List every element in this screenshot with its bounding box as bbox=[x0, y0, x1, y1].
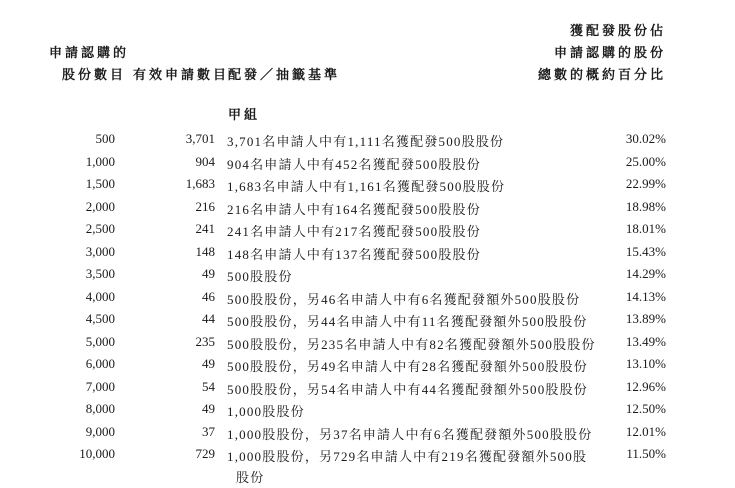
shares-cell: 6,000 bbox=[86, 356, 115, 372]
pct-cell: 14.13% bbox=[626, 289, 666, 305]
table-row: 2,500241241名申請人中有217名獲配發500股股份18.01% bbox=[0, 221, 735, 243]
table-row: 9,000371,000股股份，另37名申請人中有6名獲配發額外500股股份12… bbox=[0, 424, 735, 446]
basis-cell: 500股股份，另49名申請人中有28名獲配發額外500股股份 bbox=[227, 356, 588, 375]
shares-cell: 4,000 bbox=[86, 289, 115, 305]
shares-cell: 2,000 bbox=[86, 199, 115, 215]
shares-cell: 4,500 bbox=[86, 311, 115, 327]
basis-cell: 241名申請人中有217名獲配發500股股份 bbox=[227, 221, 481, 240]
table-row: 4,50044500股股份，另44名申請人中有11名獲配發額外500股股份13.… bbox=[0, 311, 735, 333]
table-row: 3,50049500股股份14.29% bbox=[0, 266, 735, 288]
shares-cell: 5,000 bbox=[86, 334, 115, 350]
basis-cell: 500股股份 bbox=[227, 266, 293, 285]
header-shares-applied-line1: 申請認購的 bbox=[49, 42, 129, 61]
shares-cell: 7,000 bbox=[86, 379, 115, 395]
shares-cell: 8,000 bbox=[86, 401, 115, 417]
basis-cell-continuation: 股份 bbox=[236, 467, 264, 486]
pct-cell: 13.10% bbox=[626, 356, 666, 372]
header-shares-applied-line2: 股份數目 bbox=[62, 64, 126, 83]
shares-cell: 1,000 bbox=[86, 154, 115, 170]
pct-cell: 22.99% bbox=[626, 176, 666, 192]
table-row: 6,00049500股股份，另49名申請人中有28名獲配發額外500股股份13.… bbox=[0, 356, 735, 378]
pct-cell: 12.96% bbox=[626, 379, 666, 395]
basis-cell: 148名申請人中有137名獲配發500股股份 bbox=[227, 244, 481, 263]
shares-cell: 1,500 bbox=[86, 176, 115, 192]
basis-cell: 1,000股股份，另729名申請人中有219名獲配發額外500股 bbox=[227, 446, 587, 465]
basis-cell: 216名申請人中有164名獲配發500股股份 bbox=[227, 199, 481, 218]
table-row: 2,000216216名申請人中有164名獲配發500股股份18.98% bbox=[0, 199, 735, 221]
pct-cell: 12.01% bbox=[626, 424, 666, 440]
valid-applications-cell: 46 bbox=[202, 289, 215, 305]
pct-cell: 18.01% bbox=[626, 221, 666, 237]
basis-cell: 3,701名申請人中有1,111名獲配發500股股份 bbox=[227, 131, 504, 150]
valid-applications-cell: 49 bbox=[202, 266, 215, 282]
pct-cell: 12.50% bbox=[626, 401, 666, 417]
basis-cell: 1,000股股份，另37名申請人中有6名獲配發額外500股股份 bbox=[227, 424, 592, 443]
valid-applications-cell: 1,683 bbox=[186, 176, 215, 192]
shares-cell: 2,500 bbox=[86, 221, 115, 237]
valid-applications-cell: 148 bbox=[196, 244, 216, 260]
basis-cell: 500股股份，另44名申請人中有11名獲配發額外500股股份 bbox=[227, 311, 588, 330]
pct-cell: 11.50% bbox=[626, 446, 666, 462]
basis-cell: 1,000股股份 bbox=[227, 401, 305, 420]
valid-applications-cell: 904 bbox=[196, 154, 216, 170]
table-row: 7,00054500股股份，另54名申請人中有44名獲配發額外500股股份12.… bbox=[0, 379, 735, 401]
pct-cell: 13.89% bbox=[626, 311, 666, 327]
table-row: 5,000235500股股份，另235名申請人中有82名獲配發額外500股股份1… bbox=[0, 334, 735, 356]
header-valid-applications: 有效申請數目 bbox=[133, 64, 229, 83]
table-row: 1,000904904名申請人中有452名獲配發500股股份25.00% bbox=[0, 154, 735, 176]
valid-applications-cell: 49 bbox=[202, 356, 215, 372]
shares-cell: 3,000 bbox=[86, 244, 115, 260]
table-row: 8,000491,000股股份12.50% bbox=[0, 401, 735, 423]
table-row: 1,5001,6831,683名申請人中有1,161名獲配發500股股份22.9… bbox=[0, 176, 735, 198]
shares-cell: 500 bbox=[96, 131, 116, 147]
valid-applications-cell: 729 bbox=[196, 446, 216, 462]
table-row: 4,00046500股股份，另46名申請人中有6名獲配發額外500股股份14.1… bbox=[0, 289, 735, 311]
pct-cell: 14.29% bbox=[626, 266, 666, 282]
header-pct-line2: 申請認購的股份 bbox=[554, 42, 666, 61]
pct-cell: 30.02% bbox=[626, 131, 666, 147]
valid-applications-cell: 235 bbox=[196, 334, 216, 350]
table-row: 3,000148148名申請人中有137名獲配發500股股份15.43% bbox=[0, 244, 735, 266]
shares-cell: 9,000 bbox=[86, 424, 115, 440]
basis-cell: 500股股份，另235名申請人中有82名獲配發額外500股股份 bbox=[227, 334, 596, 353]
valid-applications-cell: 216 bbox=[196, 199, 216, 215]
valid-applications-cell: 241 bbox=[196, 221, 216, 237]
pct-cell: 15.43% bbox=[626, 244, 666, 260]
valid-applications-cell: 3,701 bbox=[186, 131, 215, 147]
basis-cell: 500股股份，另46名申請人中有6名獲配發額外500股股份 bbox=[227, 289, 580, 308]
shares-cell: 10,000 bbox=[79, 446, 115, 462]
header-pct-line1: 獲配發股份佔 bbox=[570, 20, 666, 39]
table-row: 10,0007291,000股股份，另729名申請人中有219名獲配發額外500… bbox=[0, 446, 735, 468]
valid-applications-cell: 44 bbox=[202, 311, 215, 327]
valid-applications-cell: 54 bbox=[202, 379, 215, 395]
valid-applications-cell: 49 bbox=[202, 401, 215, 417]
group-label: 甲組 bbox=[228, 104, 260, 123]
pct-cell: 18.98% bbox=[626, 199, 666, 215]
basis-cell: 500股股份，另54名申請人中有44名獲配發額外500股股份 bbox=[227, 379, 588, 398]
valid-applications-cell: 37 bbox=[202, 424, 215, 440]
pct-cell: 25.00% bbox=[626, 154, 666, 170]
header-pct-line3: 總數的概約百分比 bbox=[538, 64, 666, 83]
pct-cell: 13.49% bbox=[626, 334, 666, 350]
shares-cell: 3,500 bbox=[86, 266, 115, 282]
basis-cell: 1,683名申請人中有1,161名獲配發500股股份 bbox=[227, 176, 505, 195]
table-row: 5003,7013,701名申請人中有1,111名獲配發500股股份30.02% bbox=[0, 131, 735, 153]
header-basis: 配發／抽籤基準 bbox=[228, 64, 340, 83]
basis-cell: 904名申請人中有452名獲配發500股股份 bbox=[227, 154, 481, 173]
